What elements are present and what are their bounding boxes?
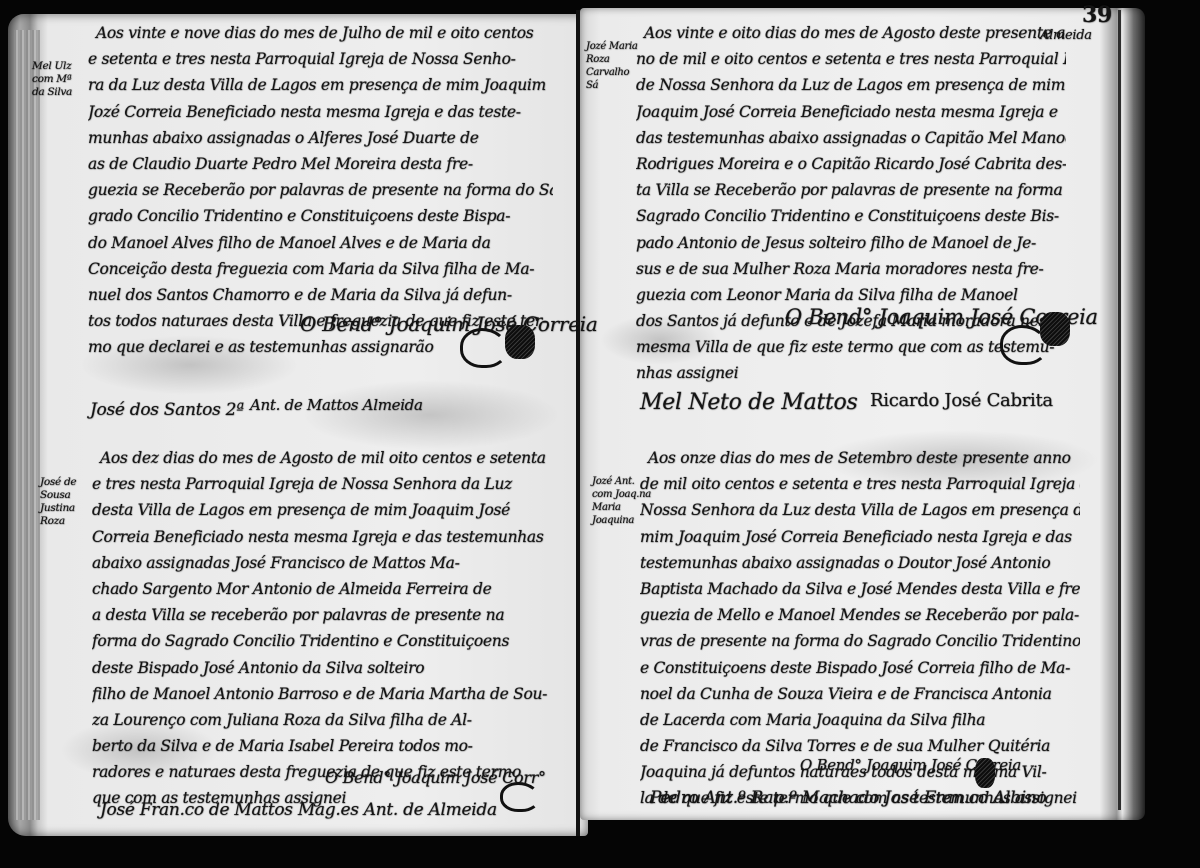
entry-line: nuel dos Santos Chamorro e de Maria da S…: [88, 282, 553, 308]
margin-note-left-2: José de Sousa Justina Roza: [40, 476, 76, 528]
entry-line: ra da Luz desta Villa de Lagos em presen…: [88, 72, 553, 98]
entry-line: guezia se Receberão por palavras de pres…: [88, 177, 553, 203]
entry-line: vras de presente na forma do Sagrado Con…: [640, 628, 1080, 654]
entry-line: desta Villa de Lagos em presença de mim …: [92, 497, 552, 523]
entry-line: testemunhas abaixo assignadas o Doutor J…: [640, 550, 1080, 576]
entry-line: Aos vinte e nove dias do mes de Julho de…: [88, 20, 553, 46]
entry-line: Sagrado Concilio Tridentino e Constituiç…: [636, 203, 1066, 229]
margin-line: da Silva: [32, 86, 72, 99]
entry-line: Aos dez dias do mes de Agosto de mil oit…: [92, 445, 552, 471]
entry-heading-witness: Ant. de Mattos Almeida: [250, 396, 423, 414]
entry-heading: Mel Neto de Mattos: [640, 390, 857, 415]
entry-line: Joaquim José Correia Beneficiado nesta m…: [636, 99, 1066, 125]
entry-line: abaixo assignadas José Francisco de Matt…: [92, 550, 552, 576]
entry-line: de Lacerda com Maria Joaquina da Silva f…: [640, 707, 1080, 733]
entry-line: no de mil e oito centos e setenta e tres…: [636, 46, 1066, 72]
margin-line: Justina: [40, 502, 76, 515]
margin-line: José de: [40, 476, 76, 489]
entry-line: Jozé Correia Beneficiado nesta mesma Igr…: [88, 99, 553, 125]
entry-line: Rodrigues Moreira e o Capitão Ricardo Jo…: [636, 151, 1066, 177]
entry-line: Correia Beneficiado nesta mesma Igreja e…: [92, 524, 552, 550]
page-edge-stack: [14, 30, 40, 820]
margin-line: Roza: [40, 515, 76, 528]
margin-line: Mel Ulz: [32, 60, 72, 73]
entry-line: noel da Cunha de Souza Vieira e de Franc…: [640, 681, 1080, 707]
entry-line: e tres nesta Parroquial Igreja de Nossa …: [92, 471, 552, 497]
entry-heading: José dos Santos 2ª: [90, 400, 244, 420]
entry-line: Nossa Senhora da Luz desta Villa de Lago…: [640, 497, 1080, 523]
entry-line: Aos onze dias do mes de Setembro deste p…: [640, 445, 1080, 471]
entry-line: Baptista Machado da Silva e José Mendes …: [640, 576, 1080, 602]
margin-line: Sá: [586, 79, 638, 92]
signature-rubric: [1040, 312, 1070, 346]
entry-line: das testemunhas abaixo assignadas o Capi…: [636, 125, 1066, 151]
entry-line: forma do Sagrado Concilio Tridentino e C…: [92, 628, 552, 654]
witness-signatures: Pedro Ant.º Rap.º Machado José Fran.co A…: [650, 788, 1046, 808]
entry-line: pado Antonio de Jesus solteiro filho de …: [636, 230, 1066, 256]
entry-line: de mil oito centos e setenta e tres nest…: [640, 471, 1080, 497]
margin-line: Roza: [586, 53, 638, 66]
entry-line: berto da Silva e de Maria Isabel Pereira…: [92, 733, 552, 759]
margin-note-left-1: Mel Ulz com Mª da Silva: [32, 60, 72, 99]
entry-line: as de Claudio Duarte Pedro Mel Moreira d…: [88, 151, 553, 177]
margin-line: Carvalho: [586, 66, 638, 79]
margin-note-right-1: Jozé Maria Roza Carvalho Sá: [586, 40, 638, 92]
entry-line: sus e de sua Mulher Roza Maria moradores…: [636, 256, 1066, 282]
entry-line: grado Concilio Tridentino e Constituiçoe…: [88, 203, 553, 229]
entry-line: za Lourenço com Juliana Roza da Silva fi…: [92, 707, 552, 733]
witness-signatures: José Fran.co de Mattos Mag.es Ant. de Al…: [100, 800, 497, 820]
entry-line: Conceição desta freguezia com Maria da S…: [88, 256, 553, 282]
margin-line: Jozé Maria: [586, 40, 638, 53]
entry-heading-witness: Ricardo José Cabrita: [870, 390, 1053, 411]
page-edge-line: [1118, 10, 1121, 810]
marriage-entry-left-1: Aos vinte e nove dias do mes de Julho de…: [88, 20, 553, 360]
priest-signature: O Bend° Joaquim José Correia: [300, 312, 597, 336]
entry-line: Aos vinte e oito dias do mes de Agosto d…: [636, 20, 1066, 46]
folio-number: 39: [1082, 2, 1112, 28]
margin-line: Sousa: [40, 489, 76, 502]
entry-line: nhas assignei: [636, 360, 1066, 386]
entry-line: ta Villa se Receberão por palavras de pr…: [636, 177, 1066, 203]
register-spread: 39 Almeida Mel Ulz com Mª da Silva Aos v…: [0, 0, 1200, 868]
entry-line: filho de Manoel Antonio Barroso e de Mar…: [92, 681, 552, 707]
margin-line: com Mª: [32, 73, 72, 86]
marriage-entry-right-1: Aos vinte e oito dias do mes de Agosto d…: [636, 20, 1066, 387]
entry-line: do Manoel Alves filho de Manoel Alves e …: [88, 230, 553, 256]
signature-rubric: [505, 325, 535, 359]
entry-line: chado Sargento Mor Antonio de Almeida Fe…: [92, 576, 552, 602]
entry-line: de Nossa Senhora da Luz de Lagos em pres…: [636, 72, 1066, 98]
signature-flourish: [460, 328, 508, 368]
entry-line: e setenta e tres nesta Parroquial Igreja…: [88, 46, 553, 72]
entry-line: a desta Villa se receberão por palavras …: [92, 602, 552, 628]
signature-flourish: [500, 782, 540, 812]
marriage-entry-left-2: Aos dez dias do mes de Agosto de mil oit…: [92, 445, 552, 812]
book-gutter: [576, 10, 580, 836]
entry-line: deste Bispado José Antonio da Silva solt…: [92, 655, 552, 681]
entry-line: guezia de Mello e Manoel Mendes se Receb…: [640, 602, 1080, 628]
entry-line: e Constituiçoens deste Bispado José Corr…: [640, 655, 1080, 681]
entry-line: munhas abaixo assignadas o Alferes José …: [88, 125, 553, 151]
signature-rubric: [975, 758, 995, 788]
ink-bleed: [300, 380, 560, 450]
entry-line: mim Joaquim José Correia Beneficiado nes…: [640, 524, 1080, 550]
